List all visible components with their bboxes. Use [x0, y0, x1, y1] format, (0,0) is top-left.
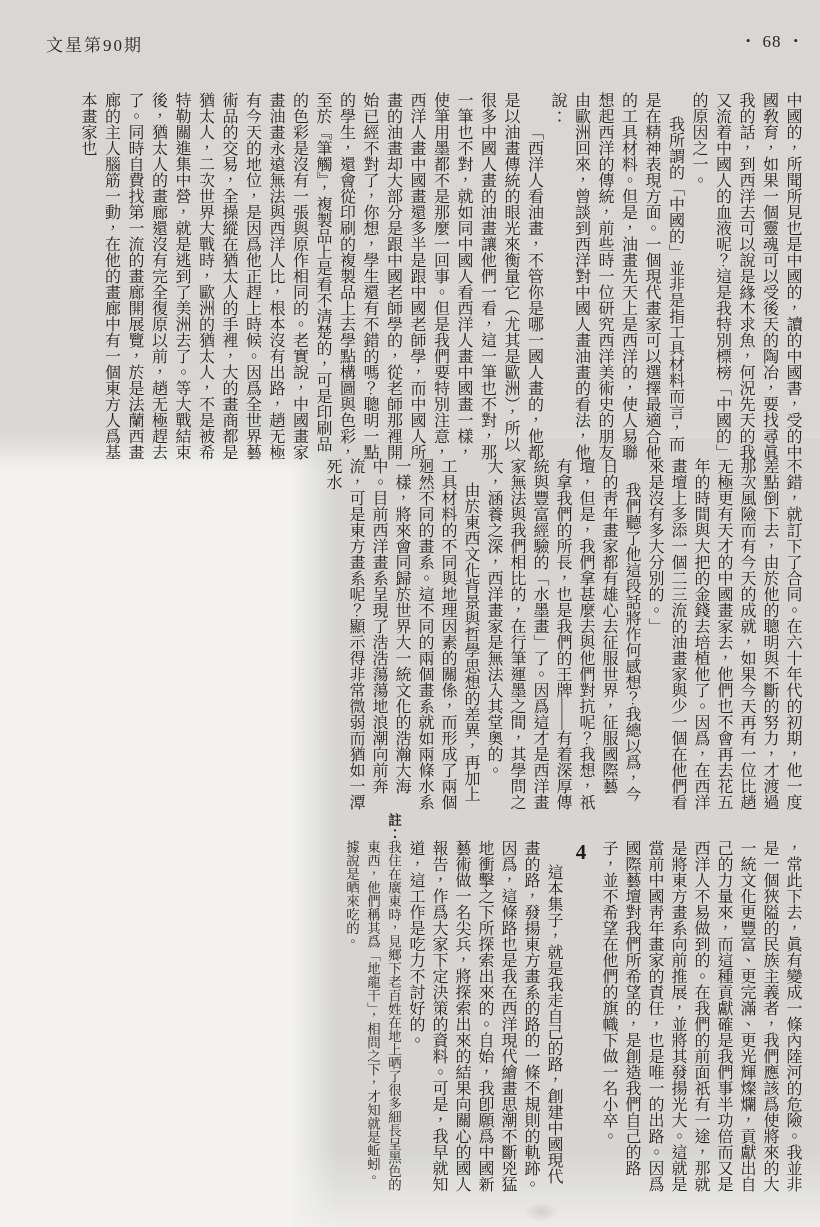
footnote-label: 註：: [386, 813, 401, 840]
quoted-paragraph: 「西洋人看油畫，不管你是哪一國人畫的，他都是以油畫傳統的眼光來衡量它（尤其是歐洲…: [76, 92, 546, 464]
footnote-text: 我住在廣東時，見鄉下老百姓在地上晒了很多細長呈黑色的東西，他們稱其爲「地龍干」，…: [344, 840, 401, 1191]
paragraph: 我們聽了他這段話將作何感想？我總以爲，今日的靑年畫家都有雄心去征服世界，征服國際…: [482, 458, 643, 814]
footnote: 註：我住在廣東時，見鄉下老百姓在地上晒了很多細長呈黑色的東西，他們稱其爲「地龍干…: [341, 840, 404, 1196]
page-number-group: •68•: [746, 32, 798, 52]
page-number: 68: [762, 32, 781, 51]
paragraph: 這本集子，就是我走自己的路，創建中國現代畫的路，發揚東方畫系的路的一條不規則的軌…: [404, 840, 565, 1196]
paragraph: 我所謂的「中國的」並非是指工具材料而言，而是在精神表現方面。一個現代畫家可以選擇…: [546, 92, 687, 464]
paragraph-continuation: 中國的，所聞所見也是中國的，讀的中國書，受的中國敎育，如果一個靈魂可以受後天的陶…: [687, 92, 805, 464]
page-number-bullet-left: •: [746, 33, 751, 48]
paragraph-continuation: ，常此下去，眞有變成一條內陸河的危險。我並非是一個狹隘的民族主義者，我們應該爲使…: [597, 840, 804, 1196]
magazine-scan-page: { "page": { "header": { "journal_title":…: [0, 0, 820, 1227]
article-band-bottom: ，常此下去，眞有變成一條內陸河的危險。我並非是一個狹隘的民族主義者，我們應該爲使…: [318, 840, 804, 1196]
page-number-bullet-right: •: [793, 33, 798, 48]
paragraph: 由於東西文化背景與哲學思想的差異，再加上工具材料的不同與地理因素的關係，而形成了…: [321, 458, 482, 814]
journal-title: 文星第90期: [46, 31, 143, 56]
article-band-top: 中國的，所聞所見也是中國的，讀的中國書，受的中國敎育，如果一個靈魂可以受後天的陶…: [52, 92, 804, 464]
scan-smudge: [524, 1202, 558, 1222]
article-band-middle: 不錯，就訂下了合同。在六十年代的初期，他一度差點倒下去，由於他的聰明與不斷的努力…: [338, 458, 804, 814]
section-number: 4: [565, 840, 597, 1196]
quoted-paragraph-continuation: 不錯，就訂下了合同。在六十年代的初期，他一度差點倒下去，由於他的聰明與不斷的努力…: [643, 458, 804, 814]
